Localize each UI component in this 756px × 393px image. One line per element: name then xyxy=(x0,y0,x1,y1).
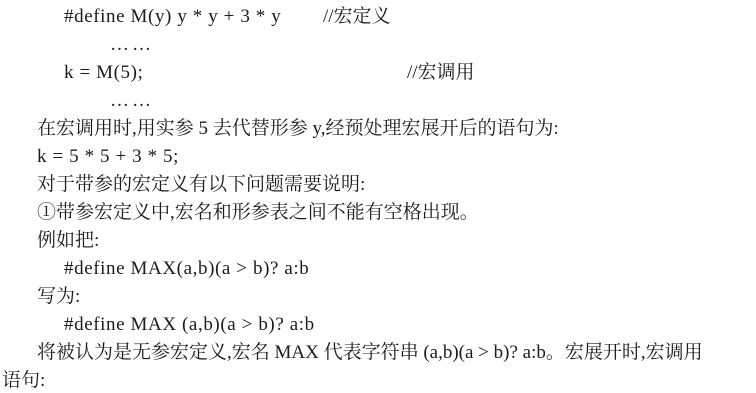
line-text: 例如把: xyxy=(37,230,99,251)
line-text: …… xyxy=(110,90,154,111)
para-notes-intro: 对于带参的宏定义有以下问题需要说明: xyxy=(0,171,756,199)
note-1-no-space-rule: ①带参宏定义中,宏名和形参表之间不能有空格出现。 xyxy=(0,199,756,227)
inline-comment: //宏定义 xyxy=(323,3,391,31)
inline-comment: //宏调用 xyxy=(407,59,475,87)
line-text: 对于带参的宏定义有以下问题需要说明: xyxy=(37,174,365,195)
line-text: …… xyxy=(110,34,154,55)
line-text: 语句: xyxy=(2,370,45,391)
code-text: k = M(5); xyxy=(64,62,143,83)
macro-max-correct-code-line: #define MAX(a,b)(a > b)? a:b xyxy=(0,255,756,283)
code-text: #define MAX(a,b)(a > b)? a:b xyxy=(64,258,309,279)
para-expansion-intro: 在宏调用时,用实参 5 去代替形参 y,经预处理宏展开后的语句为: xyxy=(0,115,756,143)
document-page: #define M(y) y * y + 3 * y//宏定义……k = M(5… xyxy=(0,0,756,393)
code-text: #define MAX (a,b)(a > b)? a:b xyxy=(64,314,315,335)
ellipsis-line: …… xyxy=(0,31,756,59)
ellipsis-line: …… xyxy=(0,87,756,115)
macro-define-code-line: #define M(y) y * y + 3 * y//宏定义 xyxy=(0,3,756,31)
line-text: 将被认为是无参宏定义,宏名 MAX 代表字符串 (a,b)(a > b)? a:… xyxy=(37,342,703,363)
line-text: 在宏调用时,用实参 5 去代替形参 y,经预处理宏展开后的语句为: xyxy=(37,118,559,139)
para-explanation-line: 将被认为是无参宏定义,宏名 MAX 代表字符串 (a,b)(a > b)? a:… xyxy=(0,339,756,367)
written-as-line: 写为: xyxy=(0,283,756,311)
example-intro-line: 例如把: xyxy=(0,227,756,255)
macro-call-code-line: k = M(5);//宏调用 xyxy=(0,59,756,87)
expanded-statement-code-line: k = 5 * 5 + 3 * 5; xyxy=(0,143,756,171)
code-text: k = 5 * 5 + 3 * 5; xyxy=(37,146,179,167)
code-text: #define M(y) y * y + 3 * y xyxy=(64,6,281,27)
line-text: 写为: xyxy=(37,286,80,307)
line-text: ①带参宏定义中,宏名和形参表之间不能有空格出现。 xyxy=(37,202,479,223)
macro-max-wrong-code-line: #define MAX (a,b)(a > b)? a:b xyxy=(0,311,756,339)
para-explanation-cont-line: 语句: xyxy=(0,367,756,393)
